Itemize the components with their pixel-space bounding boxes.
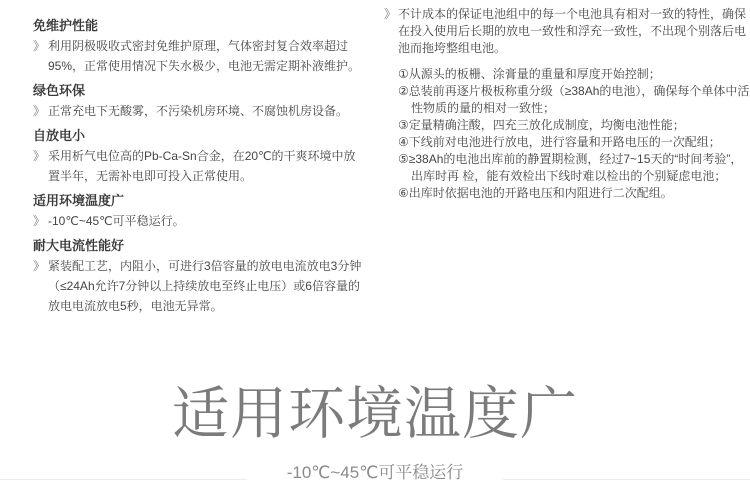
- feature-column: 免维护性能 》利用阴极吸收式密封免维护原理，气体密封复合效率超过95%，正常使用…: [33, 6, 367, 323]
- feature-heading: 绿色环保: [33, 83, 367, 98]
- quality-step: ⑤≥38Ah的电池出库前的静置期检测，经过7~15天的“时间考验”，出库时再 检…: [398, 151, 750, 185]
- feature-body-text: 采用析气电位高的Pb-Ca-Sn合金，在20℃的干爽环境中放置半年，无需补电即可…: [48, 149, 356, 183]
- feature-banner: 适用环境温度广 -10℃~45℃可平稳运行: [0, 381, 750, 484]
- feature-section: 适用环境温度广 》-10℃~45℃可平稳运行。: [33, 193, 367, 231]
- bullet-marker: 》: [33, 256, 45, 276]
- banner-divider-row: -10℃~45℃可平稳运行: [0, 462, 750, 484]
- feature-body-text: 紧装配工艺，内阻小，可进行3倍容量的放电电流放电3分钟（≤24Ah允许7分钟以上…: [48, 259, 361, 313]
- feature-section: 绿色环保 》正常充电下无酸雾，不污染机房环境、不腐蚀机房设备。: [33, 83, 367, 121]
- quality-step-list: ①从源头的板栅、涂膏量的重量和厚度开始控制；②总装前再逐片极板称重分级（≥38A…: [398, 66, 750, 202]
- feature-heading: 适用环境温度广: [33, 193, 367, 208]
- feature-heading: 耐大电流性能好: [33, 238, 367, 253]
- feature-section: 免维护性能 》利用阴极吸收式密封免维护原理，气体密封复合效率超过95%，正常使用…: [33, 18, 367, 76]
- feature-body: 》利用阴极吸收式密封免维护原理，气体密封复合效率超过95%，正常使用情况下失水极…: [33, 36, 367, 76]
- feature-columns: 免维护性能 》利用阴极吸收式密封免维护原理，气体密封复合效率超过95%，正常使用…: [0, 0, 750, 323]
- feature-body: 》-10℃~45℃可平稳运行。: [33, 211, 367, 231]
- bullet-marker: 》: [33, 146, 45, 166]
- quality-step: ④下线前对电池进行放电，进行容量和开路电压的一次配组；: [398, 134, 750, 151]
- quality-step: ⑥出库时依据电池的开路电压和内阻进行二次配组。: [398, 185, 750, 202]
- bullet-marker: 》: [33, 101, 45, 121]
- feature-body-text: 利用阴极吸收式密封免维护原理，气体密封复合效率超过95%，正常使用情况下失水极少…: [48, 39, 360, 73]
- bullet-marker: 》: [33, 211, 45, 231]
- feature-heading: 免维护性能: [33, 18, 367, 33]
- consistency-column: 》不计成本的保证电池组中的每一个电池具有相对一致的特性，确保在投入使用后长期的放…: [384, 6, 750, 323]
- product-detail-page: 免维护性能 》利用阴极吸收式密封免维护原理，气体密封复合效率超过95%，正常使用…: [0, 0, 750, 500]
- bullet-marker: 》: [33, 36, 45, 56]
- feature-body: 》紧装配工艺，内阻小，可进行3倍容量的放电电流放电3分钟（≤24Ah允许7分钟以…: [33, 256, 367, 316]
- consistency-intro: 》不计成本的保证电池组中的每一个电池具有相对一致的特性，确保在投入使用后长期的放…: [384, 6, 750, 57]
- consistency-intro-text: 不计成本的保证电池组中的每一个电池具有相对一致的特性，确保在投入使用后长期的放电…: [398, 7, 746, 55]
- feature-body: 》正常充电下无酸雾，不污染机房环境、不腐蚀机房设备。: [33, 101, 367, 121]
- feature-body: 》采用析气电位高的Pb-Ca-Sn合金，在20℃的干爽环境中放置半年，无需补电即…: [33, 146, 367, 186]
- feature-heading: 自放电小: [33, 128, 367, 143]
- bullet-marker: 》: [384, 6, 396, 23]
- feature-body-text: -10℃~45℃可平稳运行。: [48, 214, 185, 228]
- banner-subtitle: -10℃~45℃可平稳运行: [247, 462, 504, 484]
- feature-section: 耐大电流性能好 》紧装配工艺，内阻小，可进行3倍容量的放电电流放电3分钟（≤24…: [33, 238, 367, 316]
- banner-title: 适用环境温度广: [0, 381, 750, 447]
- divider-line-left: [0, 479, 247, 480]
- quality-step: ③定量精确注酸，四充三放化成制度，均衡电池性能；: [398, 117, 750, 134]
- divider-line-right: [503, 479, 750, 480]
- quality-step: ②总装前再逐片极板称重分级（≥38Ah的电池），确保每个单体中活性物质的量的相对…: [398, 83, 750, 117]
- feature-body-text: 正常充电下无酸雾，不污染机房环境、不腐蚀机房设备。: [48, 104, 348, 118]
- feature-section: 自放电小 》采用析气电位高的Pb-Ca-Sn合金，在20℃的干爽环境中放置半年，…: [33, 128, 367, 186]
- quality-step: ①从源头的板栅、涂膏量的重量和厚度开始控制；: [398, 66, 750, 83]
